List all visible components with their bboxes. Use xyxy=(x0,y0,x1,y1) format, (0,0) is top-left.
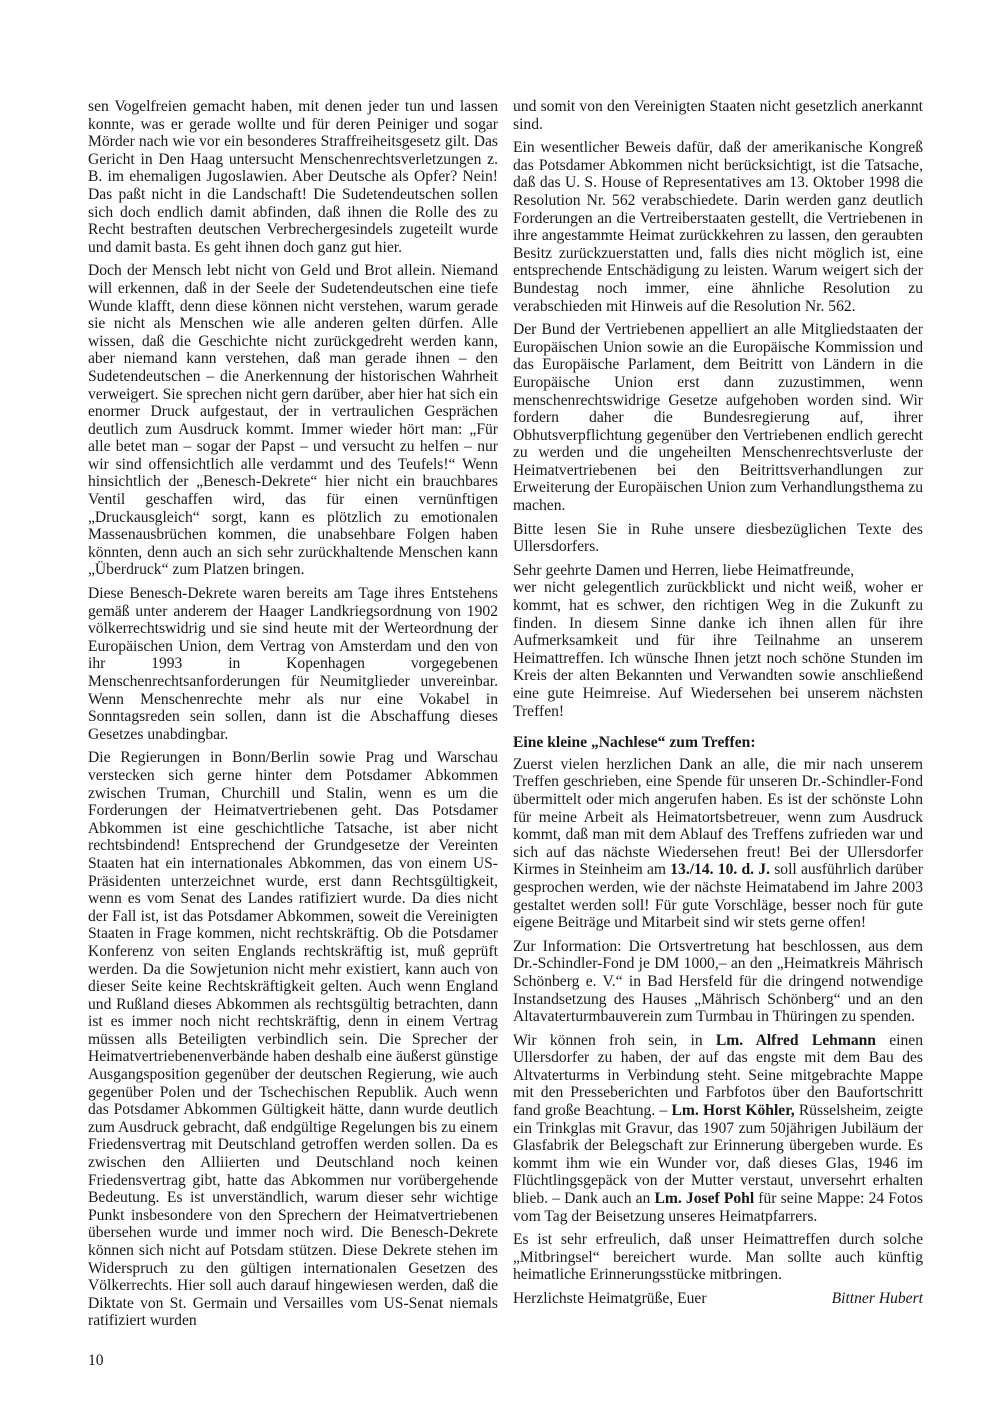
text: Zuerst vielen herzlichen Dank an alle, d… xyxy=(513,756,923,879)
document-page: sen Vogelfreien gemacht haben, mit denen… xyxy=(0,0,1000,1412)
paragraph: Zuerst vielen herzlichen Dank an alle, d… xyxy=(513,756,923,932)
paragraph: wer nicht gelegentlich zurückblickt und … xyxy=(513,579,923,720)
paragraph: Diese Benesch-Dekrete waren bereits am T… xyxy=(88,585,498,743)
paragraph: und somit von den Vereinigten Staaten ni… xyxy=(513,98,923,133)
person-name: Lm. Horst Köhler, xyxy=(672,1102,795,1119)
right-column: und somit von den Vereinigten Staaten ni… xyxy=(513,98,923,1308)
person-name: Lm. Alfred Lehmann xyxy=(716,1032,876,1049)
paragraph: Ein wesentlicher Beweis dafür, daß der a… xyxy=(513,139,923,315)
paragraph: Der Bund der Vertriebenen appelliert an … xyxy=(513,321,923,515)
signature: Herzlichste Heimatgrüße, Euer Bittner Hu… xyxy=(513,1290,923,1308)
date-bold: 13./14. 10. d. J. xyxy=(670,861,770,878)
paragraph: Bitte lesen Sie in Ruhe unsere diesbezüg… xyxy=(513,521,923,556)
salutation: Sehr geehrte Damen und Herren, liebe Hei… xyxy=(513,562,923,580)
page-number: 10 xyxy=(88,1352,104,1370)
left-column: sen Vogelfreien gemacht haben, mit denen… xyxy=(88,98,498,1336)
paragraph: Wir können froh sein, in Lm. Alfred Lehm… xyxy=(513,1032,923,1226)
text: Wir können froh sein, in xyxy=(513,1032,716,1049)
section-heading: Eine kleine „Nachlese“ zum Treffen: xyxy=(513,734,923,752)
signature-greeting: Herzlichste Heimatgrüße, Euer xyxy=(513,1290,707,1308)
paragraph: Es ist sehr erfreulich, daß unser Heimat… xyxy=(513,1231,923,1284)
paragraph: Zur Information: Die Ortsvertretung hat … xyxy=(513,938,923,1026)
person-name: Lm. Josef Pohl xyxy=(655,1190,755,1207)
paragraph: sen Vogelfreien gemacht haben, mit denen… xyxy=(88,98,498,256)
signature-name: Bittner Hubert xyxy=(832,1290,923,1308)
paragraph: Die Regierungen in Bonn/Berlin sowie Pra… xyxy=(88,749,498,1330)
paragraph: Doch der Mensch lebt nicht von Geld und … xyxy=(88,262,498,579)
